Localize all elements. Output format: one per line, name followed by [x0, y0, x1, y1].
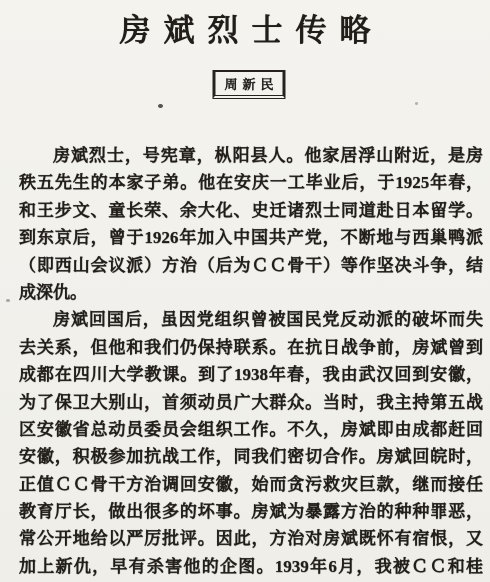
- ink-speck: [6, 299, 10, 302]
- body-line: 成都在四川大学教课。到了1938年春，我由武汉回到安徽，: [19, 361, 483, 388]
- body-line: 常公开地给以严厉批评。因此，方治对房斌既怀有宿恨，又: [19, 525, 483, 552]
- body-line: 正值ＣＣ骨干方治调回安徽，始而贪污救灾巨款，继而接任: [19, 471, 483, 498]
- author-box: 周新民: [212, 70, 285, 99]
- body-line: 教育厅长，做出很多的坏事。房斌为暴露方治的种种罪恶，: [19, 498, 483, 525]
- body-line: 房斌回国后，虽因党组织曾被国民党反动派的破坏而失: [19, 306, 483, 333]
- document-page: 房斌烈士传略 周新民 房斌烈士，号宪章，枞阳县人。他家居浮山附近，是房 秩五先生…: [0, 0, 490, 582]
- body-line: 和王步文、童长荣、余大化、史迁诸烈士同道赴日本留学。: [19, 197, 483, 224]
- body-line: 秩五先生的本家子弟。他在安庆一工毕业后，于1925年春，: [19, 169, 483, 196]
- body-line: 房斌烈士，号宪章，枞阳县人。他家居浮山附近，是房: [19, 142, 483, 169]
- body-text: 房斌烈士，号宪章，枞阳县人。他家居浮山附近，是房 秩五先生的本家子弟。他在安庆一…: [19, 142, 483, 580]
- ink-speck: [158, 104, 163, 108]
- body-line: 区安徽省总动员委员会组织工作。不久，房斌即由成都赶回: [19, 416, 483, 443]
- body-line: 去关系，但他和我们仍保持联系。在抗日战争前，房斌曾到: [19, 334, 483, 361]
- body-line: 到东京后，曾于1926年加入中国共产党，不断地与西巢鸭派: [19, 224, 483, 251]
- body-line: 成深仇。: [19, 279, 483, 306]
- body-line: （即西山会议派）方治（后为ＣＣ骨干）等作坚决斗争，结: [19, 252, 483, 279]
- body-line: 安徽，积极参加抗战工作，同我们密切合作。房斌回皖时，: [19, 443, 483, 470]
- author-name: 周新民: [224, 77, 278, 92]
- body-line: 为了保卫大别山，首须动员广大群众。当时，我主持第五战: [19, 389, 483, 416]
- page-title: 房斌烈士传略: [0, 5, 490, 50]
- ink-speck: [415, 102, 418, 105]
- body-line: 加上新仇，早有杀害他的企图。1939年6月，我被ＣＣ和桂: [19, 553, 483, 580]
